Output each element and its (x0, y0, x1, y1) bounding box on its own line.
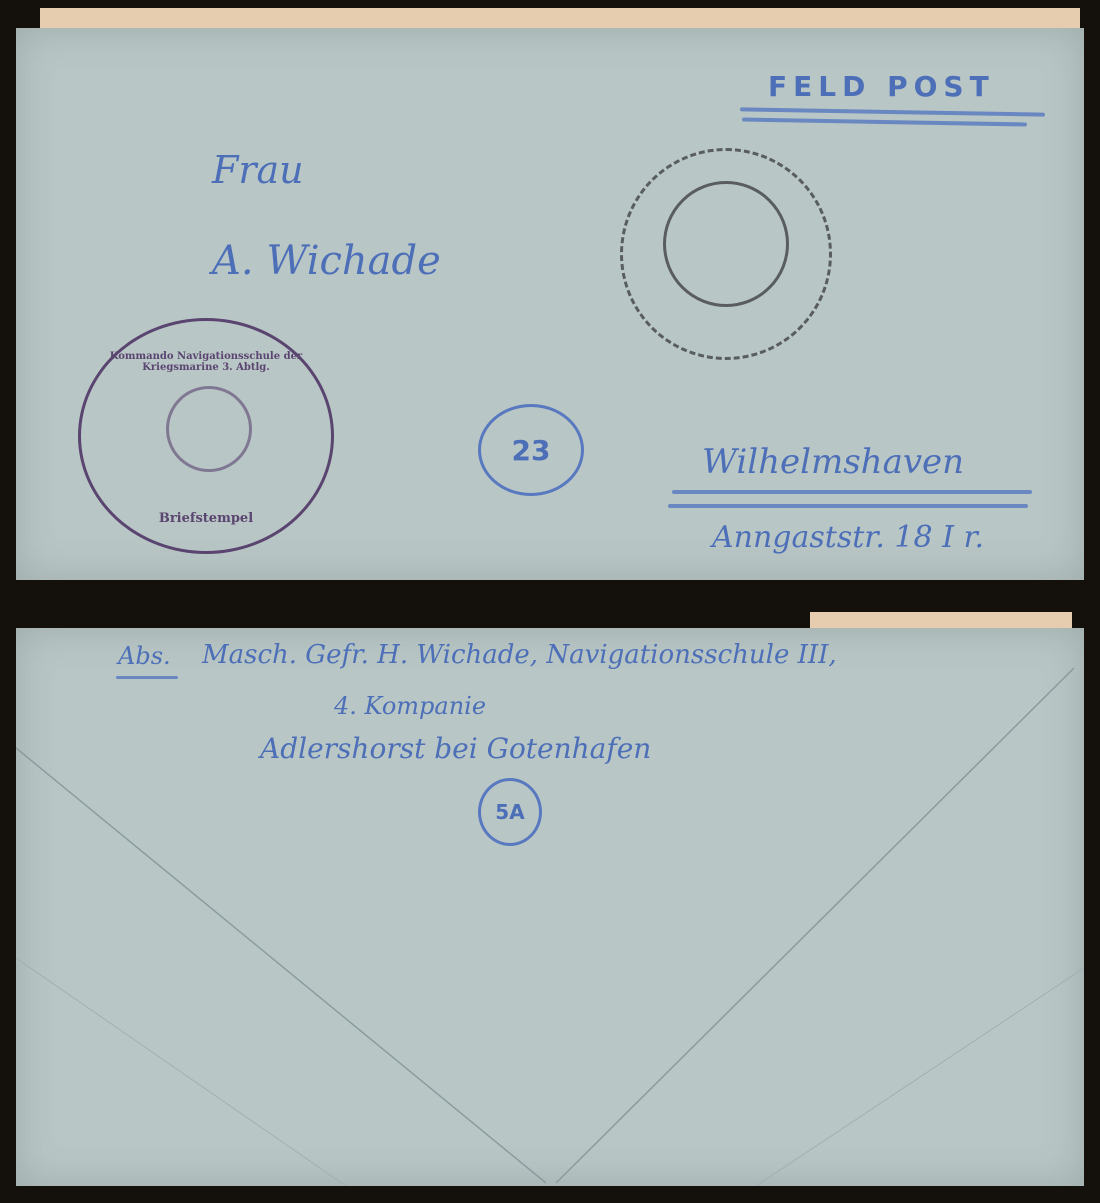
sender-line-1: Masch. Gefr. H. Wichade, Navigationsschu… (202, 640, 837, 670)
envelope-back: Abs. Masch. Gefr. H. Wichade, Navigation… (16, 628, 1084, 1186)
feldpost-underline-2 (742, 118, 1027, 127)
city-underline-1 (672, 490, 1032, 494)
sender-prefix-underline (116, 676, 178, 679)
destination-street: Anngaststr. 18 I r. (712, 520, 984, 555)
feldpost-underline-1 (740, 107, 1045, 116)
circled-mark-5a: 5A (478, 778, 542, 846)
stamp-outer-text: Kommando Navigationsschule der Kriegsmar… (81, 351, 331, 373)
circled-number-text: 23 (512, 434, 551, 467)
envelope-front: FELD POST Frau A. Wichade Kommando Navig… (16, 28, 1084, 580)
destination-city: Wilhelmshaven (702, 442, 964, 482)
postmark-cancellation (620, 148, 832, 360)
envelope-flap-lines (16, 628, 1084, 1186)
circled-number-23: 23 (478, 404, 584, 496)
circled-mark-text: 5A (495, 800, 524, 824)
sender-prefix: Abs. (118, 642, 171, 670)
recipient-title: Frau (212, 148, 304, 192)
sender-line-2: 4. Kompanie (334, 692, 486, 720)
recipient-name: A. Wichade (212, 238, 441, 284)
feldpost-label: FELD POST (768, 70, 995, 103)
stamp-bottom-text: Briefstempel (81, 511, 331, 526)
stamp-emblem-icon (166, 386, 252, 472)
official-ship-stamp: Kommando Navigationsschule der Kriegsmar… (78, 318, 334, 554)
sender-line-3: Adlershorst bei Gotenhafen (260, 732, 651, 765)
city-underline-2 (668, 504, 1028, 508)
postmark-inner-ring (663, 181, 789, 307)
